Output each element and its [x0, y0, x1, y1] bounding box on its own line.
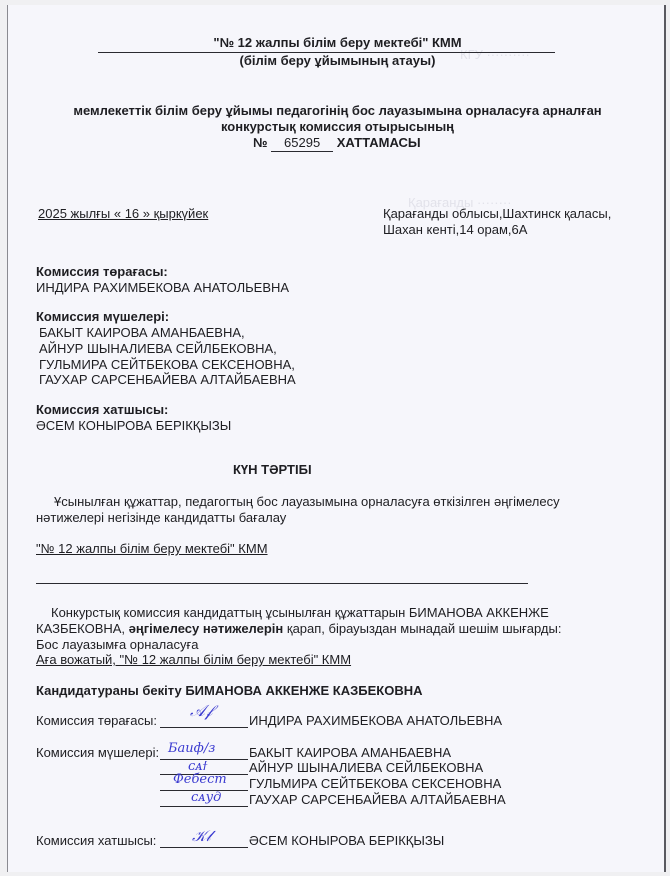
member-item: ГУЛЬМИРА СЕЙТБЕКОВА СЕКСЕНОВНА, — [39, 357, 295, 373]
sig-member-name: ГАУХАР САРСЕНБАЙЕВА АЛТАЙБАЕВНА — [249, 792, 506, 808]
approval-line: Кандидатураны бекіту БИМАНОВА АККЕНЖЕ КА… — [36, 683, 423, 699]
protocol-number: 65295 — [271, 135, 333, 152]
agenda-text-line-1: Ұсынылған құжаттар, педагогтың бос лауаз… — [54, 494, 560, 510]
decision-position: Аға вожатый, "№ 12 жалпы білім беру мект… — [36, 652, 351, 668]
signature-line — [160, 847, 248, 848]
organization-name: "№ 12 жалпы білім беру мектебі" КММ — [8, 35, 667, 51]
decision-line-1: Конкурстық комиссия кандидаттың ұсынылға… — [51, 605, 549, 621]
location-line-2: Шахан кенті,14 орам,6А — [383, 222, 527, 238]
title-line-2: конкурстық комиссия отырысының — [8, 119, 667, 135]
secretary-name: ӘСЕМ КОНЫРОВА БЕРІКҚЫЗЫ — [36, 418, 231, 434]
candidate-name: БИМАНОВА АККЕНЖЕ КАЗБЕКОВНА — [185, 683, 422, 698]
secretary-label: Комиссия хатшысы: — [36, 402, 168, 418]
agenda-text-line-2: нәтижелері негізінде кандидатты бағалау — [36, 510, 286, 526]
chair-label: Комиссия төрағасы: — [36, 264, 168, 280]
agenda-heading: КҮН ТӘРТІБІ — [233, 462, 312, 478]
decision-text: КАЗБЕКОВНА, — [36, 621, 129, 636]
members-label: Комиссия мүшелері: — [36, 309, 169, 325]
sig-member-name: ГУЛЬМИРА СЕЙТБЕКОВА СЕКСЕНОВНА — [249, 776, 501, 792]
signature-mark: Фебест — [173, 772, 227, 787]
protocol-label: ХАТТАМАСЫ — [337, 135, 421, 150]
decision-line-3: Бос лауазымға орналасуға — [36, 637, 198, 653]
decision-bold-text: әңгімелесу нәтижелерін — [129, 621, 284, 636]
sig-secretary-name: ӘСЕМ КОНЫРОВА БЕРІКҚЫЗЫ — [249, 833, 444, 849]
meeting-date: 2025 жылғы « 16 » қыркүйек — [38, 206, 208, 222]
signature-mark: 𝒜𝒻 — [190, 701, 212, 721]
member-item: БАКЫТ КАИРОВА АМАНБАЕВНА, — [39, 325, 245, 341]
member-item: АЙНУР ШЫНАЛИЕВА СЕЙЛБЕКОВНА, — [39, 341, 277, 357]
signature-line — [160, 727, 248, 728]
protocol-number-line: № 65295 ХАТТАМАСЫ — [253, 135, 421, 152]
signature-mark: Баиф/з — [168, 741, 215, 756]
decision-text: қарап, бірауыздан мынадай шешім шығарды: — [283, 621, 561, 636]
signature-mark: 𝒦𝓁 — [192, 827, 211, 845]
signature-mark: ᴄᴀуд — [191, 790, 221, 805]
decision-line-2: КАЗБЕКОВНА, әңгімелесу нәтижелерін қарап… — [36, 621, 561, 637]
separator-line — [36, 583, 528, 584]
location-line-1: Қарағанды облысы,Шахтинск қаласы, — [383, 206, 611, 222]
approve-label: Кандидатураны бекіту — [36, 683, 182, 698]
sig-chair-label: Комиссия төрағасы: — [36, 713, 157, 729]
protocol-prefix: № — [253, 135, 268, 150]
organization-caption: (білім беру ұйымының атауы) — [8, 53, 667, 69]
sig-member-name: БАКЫТ КАИРОВА АМАНБАЕВНА — [249, 745, 451, 761]
signature-line — [160, 806, 248, 807]
sig-member-name: АЙНУР ШЫНАЛИЕВА СЕЙЛБЕКОВНА — [249, 760, 483, 776]
sig-members-label: Комиссия мүшелері: — [36, 745, 159, 761]
sig-secretary-label: Комиссия хатшысы: — [36, 833, 156, 849]
title-line-1: мемлекеттік білім беру ұйымы педагогінің… — [8, 103, 667, 119]
document-page: КГУ ·········· Қарағанды ········ "№ 12 … — [7, 5, 666, 872]
agenda-organization: "№ 12 жалпы білім беру мектебі" КММ — [36, 541, 268, 557]
sig-chair-name: ИНДИРА РАХИМБЕКОВА АНАТОЛЬЕВНА — [249, 713, 502, 729]
member-item: ГАУХАР САРСЕНБАЙЕВА АЛТАЙБАЕВНА — [39, 372, 296, 388]
chair-name: ИНДИРА РАХИМБЕКОВА АНАТОЛЬЕВНА — [36, 280, 289, 296]
